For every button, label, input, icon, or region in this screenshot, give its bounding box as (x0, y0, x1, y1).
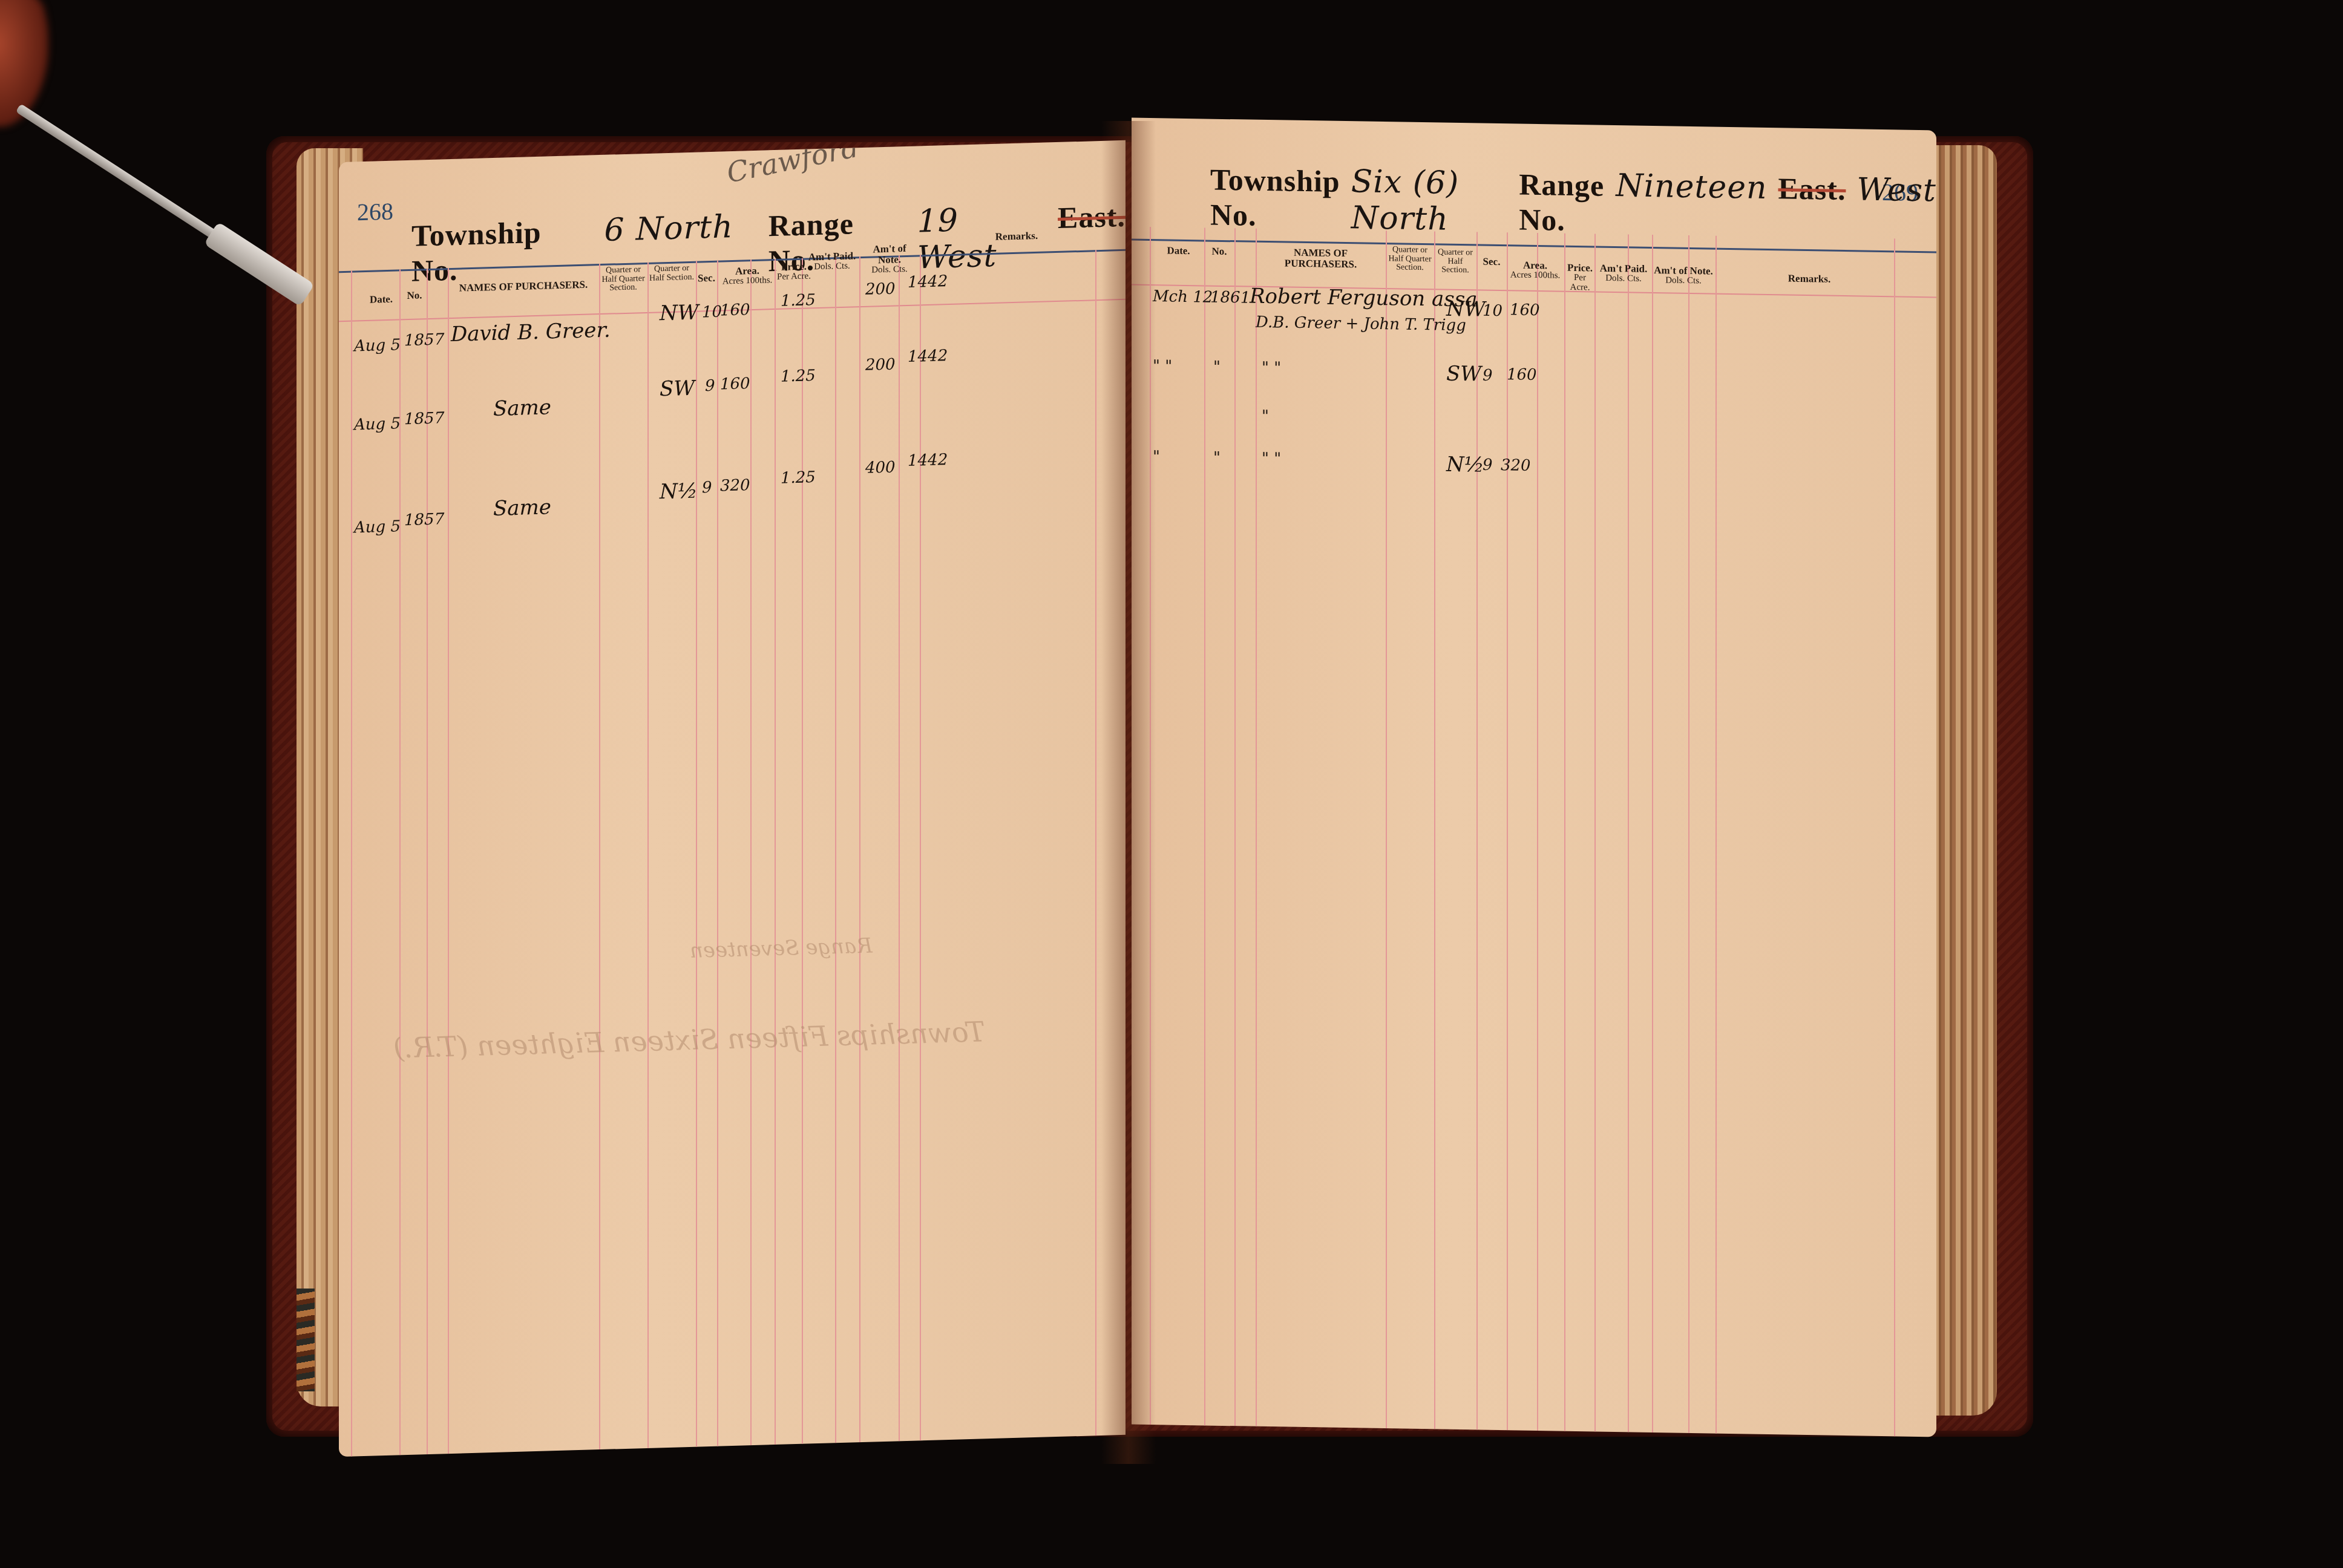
col-date: Date. (1156, 245, 1201, 256)
col-amt-paid: Am't Paid.Dols. Cts. (805, 250, 859, 272)
col-no: No. (1207, 246, 1231, 257)
col-remarks: Remarks. (980, 230, 1053, 243)
col-price: Price.Per Acre. (1566, 263, 1594, 293)
page-spatula-tool (16, 103, 305, 296)
range-number: Nineteen (1616, 168, 1767, 206)
col-names: NAMES OF PURCHASERS. (1259, 247, 1383, 270)
range-label: Range No. (1519, 167, 1605, 238)
book-gutter (1101, 121, 1156, 1464)
left-page: 268 Crawford Township No. 6 North Range … (339, 140, 1126, 1457)
col-sec: Sec. (1478, 256, 1506, 268)
col-amt-note: Am't of Note.Dols. Cts. (860, 243, 919, 275)
col-sec: Sec. (696, 273, 717, 284)
col-qhq: Quarter or Half Quarter Section. (1387, 246, 1433, 273)
col-qhq: Quarter or Half Quarter Section. (600, 266, 646, 293)
col-area: Area.Acres 100ths. (720, 265, 775, 287)
range-printed-direction: East. (1778, 171, 1846, 207)
page-number-left: 268 (357, 197, 393, 227)
township-direction: North (636, 209, 733, 247)
township-label: Township No. (411, 213, 594, 288)
table-row: " " " " N½ 9 320 (1132, 118, 1936, 131)
col-qh: Quarter or Half Section. (649, 264, 695, 283)
col-amt-paid: Am't Paid.Dols. Cts. (1596, 263, 1651, 284)
col-names: NAMES OF PURCHASERS. (454, 279, 593, 293)
col-amt-note: Am't of Note.Dols. Cts. (1653, 265, 1714, 286)
township-number: Six (6) North (1351, 163, 1484, 238)
right-page: 269 Township No. Six (6) North Range No.… (1132, 118, 1936, 1437)
bleed-through-text: Range Seventeen (690, 934, 873, 963)
bleed-through-text: Townships Fifteen Sixteen Eighteen (T.R.… (393, 1015, 985, 1064)
township-label: Township No. (1210, 162, 1340, 234)
township-number: 6 (605, 212, 625, 249)
col-no: No. (402, 290, 427, 301)
col-area: Area.Acres 100ths. (1508, 260, 1562, 281)
marbled-endpaper (297, 1289, 315, 1391)
col-date: Date. (363, 293, 399, 305)
table-row: " " " " " SW 9 160 (1132, 118, 1936, 131)
table-row: Mch 12 1861 Robert Ferguson assa D.B. Gr… (1132, 118, 1936, 131)
right-page-title: Township No. Six (6) North Range No. Nin… (1210, 162, 1936, 246)
range-written-direction: West (1856, 171, 1936, 209)
col-qh: Quarter or Half Section. (1435, 248, 1475, 275)
col-remarks: Remarks. (1773, 273, 1846, 285)
ditto-mark: " (1262, 407, 1269, 425)
page-edges-right (1930, 145, 1997, 1416)
